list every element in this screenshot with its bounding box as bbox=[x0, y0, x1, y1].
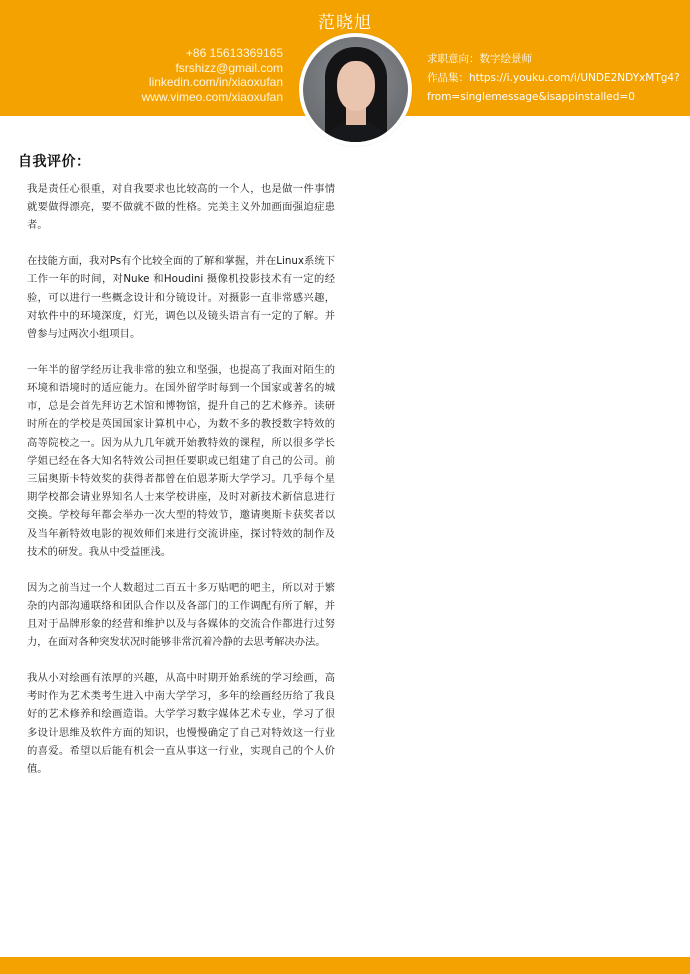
candidate-name: 范晓旭 bbox=[0, 8, 690, 33]
paragraph-study-abroad: 一年半的留学经历让我非常的独立和坚强，也提高了我面对陌生的环境和语境时的适应能力… bbox=[27, 361, 335, 561]
paragraph-personality: 我是责任心很重，对自我要求也比较高的一个人，也是做一件事情就要做得漂亮，要不做就… bbox=[27, 180, 335, 235]
self-evaluation-content: 我是责任心很重，对自我要求也比较高的一个人，也是做一件事情就要做得漂亮，要不做就… bbox=[27, 180, 335, 796]
photo-face-shape bbox=[337, 61, 375, 111]
contact-info: +86 15613369165 fsrshizz@gmail.com linke… bbox=[142, 46, 283, 104]
paragraph-skills: 在技能方面，我对Ps有个比较全面的了解和掌握，并在Linux系统下工作一年的时间… bbox=[27, 252, 335, 343]
job-info: 求职意向：数字绘景师 作品集：https://i.youku.com/i/UND… bbox=[427, 50, 680, 107]
vimeo-link[interactable]: www.vimeo.com/xiaoxufan bbox=[142, 90, 283, 105]
profile-photo bbox=[299, 33, 412, 146]
portfolio-link-line1[interactable]: 作品集：https://i.youku.com/i/UNDE2NDYxMTg4? bbox=[427, 69, 680, 88]
paragraph-community: 因为之前当过一个人数超过二百五十多万贴吧的吧主，所以对于繁杂的内部沟通联络和团队… bbox=[27, 579, 335, 652]
portfolio-link-line2[interactable]: from=singlemessage&isappinstalled=0 bbox=[427, 88, 680, 107]
linkedin-link[interactable]: linkedin.com/in/xiaoxufan bbox=[142, 75, 283, 90]
footer-band bbox=[0, 957, 690, 974]
paragraph-art-background: 我从小对绘画有浓厚的兴趣，从高中时期开始系统的学习绘画，高考时作为艺术类考生进入… bbox=[27, 669, 335, 778]
email-link[interactable]: fsrshizz@gmail.com bbox=[142, 61, 283, 76]
job-objective: 求职意向：数字绘景师 bbox=[427, 50, 680, 69]
profile-photo-image bbox=[303, 37, 408, 142]
section-title-self-evaluation: 自我评价： bbox=[18, 151, 91, 171]
phone-number: +86 15613369165 bbox=[142, 46, 283, 61]
